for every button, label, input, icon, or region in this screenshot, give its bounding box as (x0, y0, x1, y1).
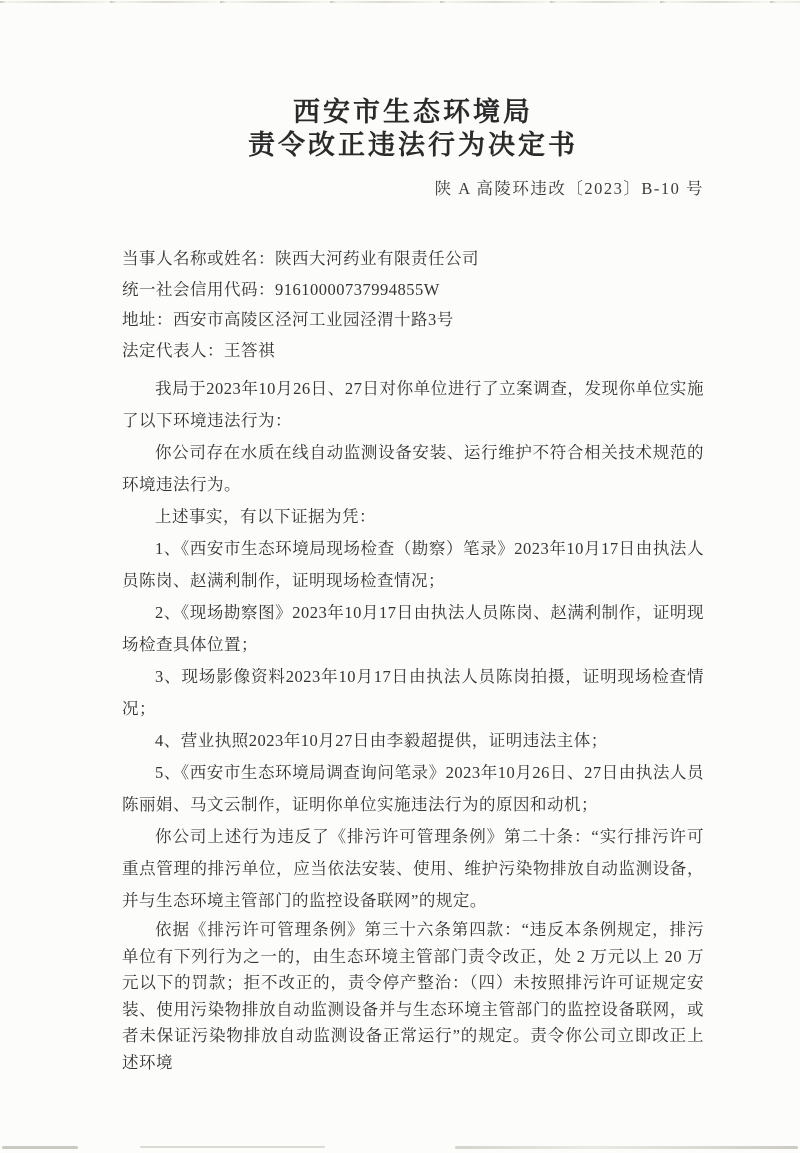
evidence-item-3: 3、现场影像资料2023年10月17日由执法人员陈岗拍摄，证明现场检查情况； (122, 661, 704, 725)
document-number: 陕 A 高陵环违改〔2023〕B-10 号 (122, 175, 704, 199)
scan-artifact-bottom-left (2, 1146, 78, 1149)
evidence-item-1: 1、《西安市生态环境局现场检查（勘察）笔录》2023年10月17日由执法人员陈岗… (122, 533, 704, 597)
document-body: 我局于2023年10月26日、27日对你单位进行了立案调查，发现你单位实施了以下… (122, 373, 704, 1076)
legal-representative-line: 法定代表人：王答祺 (122, 336, 704, 367)
credit-code-line: 统一社会信用代码：91610000737994855W (122, 275, 704, 306)
credit-code-label: 统一社会信用代码： (122, 280, 275, 299)
document-content: 西安市生态环境局 责令改正违法行为决定书 陕 A 高陵环违改〔2023〕B-10… (122, 96, 704, 1076)
legal-representative-label: 法定代表人： (122, 341, 224, 360)
credit-code-value: 91610000737994855W (275, 280, 440, 299)
party-info-block: 当事人名称或姓名：陕西大河药业有限责任公司 统一社会信用代码：916100007… (122, 244, 704, 366)
paragraph-penalty-basis: 依据《排污许可管理条例》第三十六条第四款：“违反本条例规定，排污单位有下列行为之… (122, 917, 704, 1076)
scanned-document-page: 西安市生态环境局 责令改正违法行为决定书 陕 A 高陵环违改〔2023〕B-10… (0, 0, 800, 1153)
evidence-item-4: 4、营业执照2023年10月27日由李毅超提供，证明违法主体； (122, 725, 704, 757)
paragraph-evidence-intro: 上述事实，有以下证据为凭： (122, 501, 704, 533)
scan-artifact-top-edge (0, 1, 800, 3)
paragraph-legal-basis: 你公司上述行为违反了《排污许可管理条例》第二十条：“实行排污许可重点管理的排污单… (122, 821, 704, 917)
party-name-value: 陕西大河药业有限责任公司 (275, 249, 479, 268)
evidence-item-5: 5、《西安市生态环境局调查询问笔录》2023年10月26日、27日由执法人员陈丽… (122, 757, 704, 821)
address-value: 西安市高陵区泾河工业园泾渭十路3号 (173, 310, 454, 329)
address-line: 地址：西安市高陵区泾河工业园泾渭十路3号 (122, 305, 704, 336)
scan-artifact-bottom-middle (140, 1146, 325, 1148)
party-name-line: 当事人名称或姓名：陕西大河药业有限责任公司 (122, 244, 704, 275)
party-name-label: 当事人名称或姓名： (122, 249, 275, 268)
paragraph-investigation: 我局于2023年10月26日、27日对你单位进行了立案调查，发现你单位实施了以下… (122, 373, 704, 437)
evidence-item-2: 2、《现场勘察图》2023年10月17日由执法人员陈岗、赵满利制作，证明现场检查… (122, 597, 704, 661)
document-title-type: 责令改正违法行为决定书 (122, 129, 704, 162)
scan-artifact-bottom-right (455, 1146, 798, 1149)
legal-representative-value: 王答祺 (224, 341, 275, 360)
address-label: 地址： (122, 310, 173, 329)
document-title-agency: 西安市生态环境局 (122, 96, 704, 129)
paragraph-violation: 你公司存在水质在线自动监测设备安装、运行维护不符合相关技术规范的环境违法行为。 (122, 437, 704, 501)
